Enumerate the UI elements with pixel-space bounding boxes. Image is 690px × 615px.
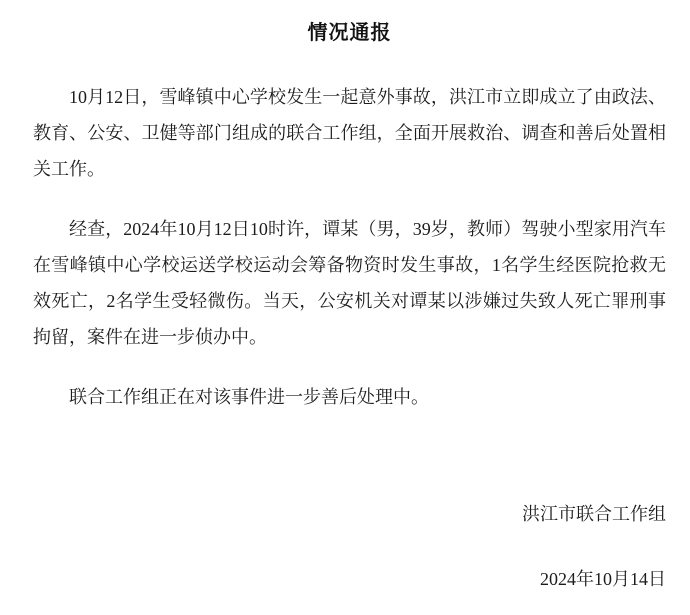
notice-paragraph-2: 经查，2024年10月12日10时许，谭某（男，39岁，教师）驾驶小型家用汽车在… (33, 211, 666, 355)
date: 2024年10月14日 (33, 561, 666, 597)
signature: 洪江市联合工作组 (33, 496, 666, 532)
notice-title: 情况通报 (33, 20, 666, 46)
notice-document: 情况通报 10月12日，雪峰镇中心学校发生一起意外事故，洪江市立即成立了由政法、… (0, 0, 690, 615)
notice-paragraph-3: 联合工作组正在对该事件进一步善后处理中。 (33, 379, 666, 415)
notice-paragraph-1: 10月12日，雪峰镇中心学校发生一起意外事故，洪江市立即成立了由政法、教育、公安… (33, 79, 666, 187)
